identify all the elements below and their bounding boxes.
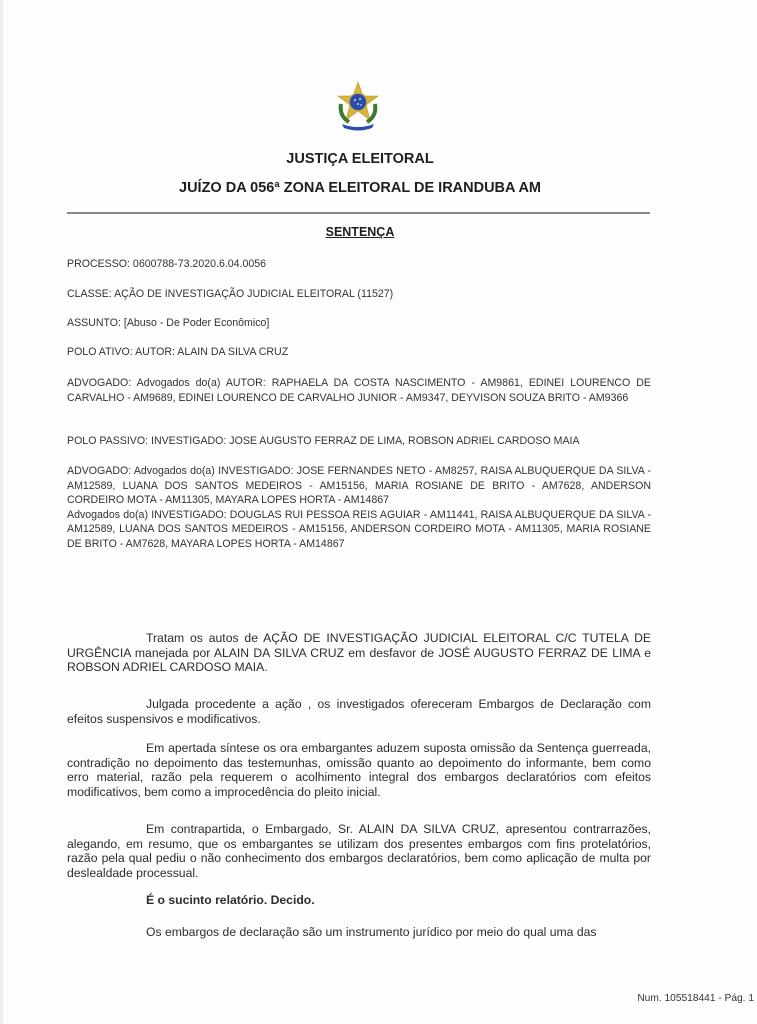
- court-title: JUSTIÇA ELEITORAL: [0, 151, 720, 167]
- document-page: JUSTIÇA ELEITORAL JUÍZO DA 056ª ZONA ELE…: [0, 0, 757, 1024]
- case-number: PROCESSO: 0600788-73.2020.6.04.0056: [67, 257, 651, 272]
- plaintiff-lawyers: ADVOGADO: Advogados do(a) AUTOR: RAPHAEL…: [67, 376, 651, 405]
- plaintiff: POLO ATIVO: AUTOR: ALAIN DA SILVA CRUZ: [67, 345, 651, 360]
- jurisdiction-title: JUÍZO DA 056ª ZONA ELEITORAL DE IRANDUBA…: [0, 180, 720, 196]
- brazil-coat-of-arms-icon: [335, 80, 381, 132]
- paragraph-intro: Tratam os autos de AÇÃO DE INVESTIGAÇÃO …: [67, 631, 651, 675]
- defendant-lawyers-group-1: ADVOGADO: Advogados do(a) INVESTIGADO: J…: [67, 464, 651, 508]
- paragraph-counter: Em contrapartida, o Embargado, Sr. ALAIN…: [67, 822, 651, 880]
- paragraph-embargos: Julgada procedente a ação , os investiga…: [67, 697, 651, 726]
- paragraph-decision-start: Os embargos de declaração são um instrum…: [67, 925, 651, 940]
- paragraph-report-heading: É o sucinto relatório. Decido.: [67, 893, 651, 908]
- paragraph-synthesis: Em apertada síntese os ora embargantes a…: [67, 741, 651, 799]
- defendants: POLO PASSIVO: INVESTIGADO: JOSE AUGUSTO …: [67, 434, 651, 449]
- defendant-lawyers: ADVOGADO: Advogados do(a) INVESTIGADO: J…: [67, 464, 651, 552]
- document-type-heading: SENTENÇA: [0, 225, 720, 239]
- page-footer: Num. 105518441 - Pág. 1: [637, 993, 754, 1004]
- case-class: CLASSE: AÇÃO DE INVESTIGAÇÃO JUDICIAL EL…: [67, 287, 651, 302]
- header-divider: [67, 212, 650, 214]
- defendant-lawyers-group-2: Advogados do(a) INVESTIGADO: DOUGLAS RUI…: [67, 508, 651, 552]
- case-subject: ASSUNTO: [Abuso - De Poder Econômico]: [67, 316, 651, 331]
